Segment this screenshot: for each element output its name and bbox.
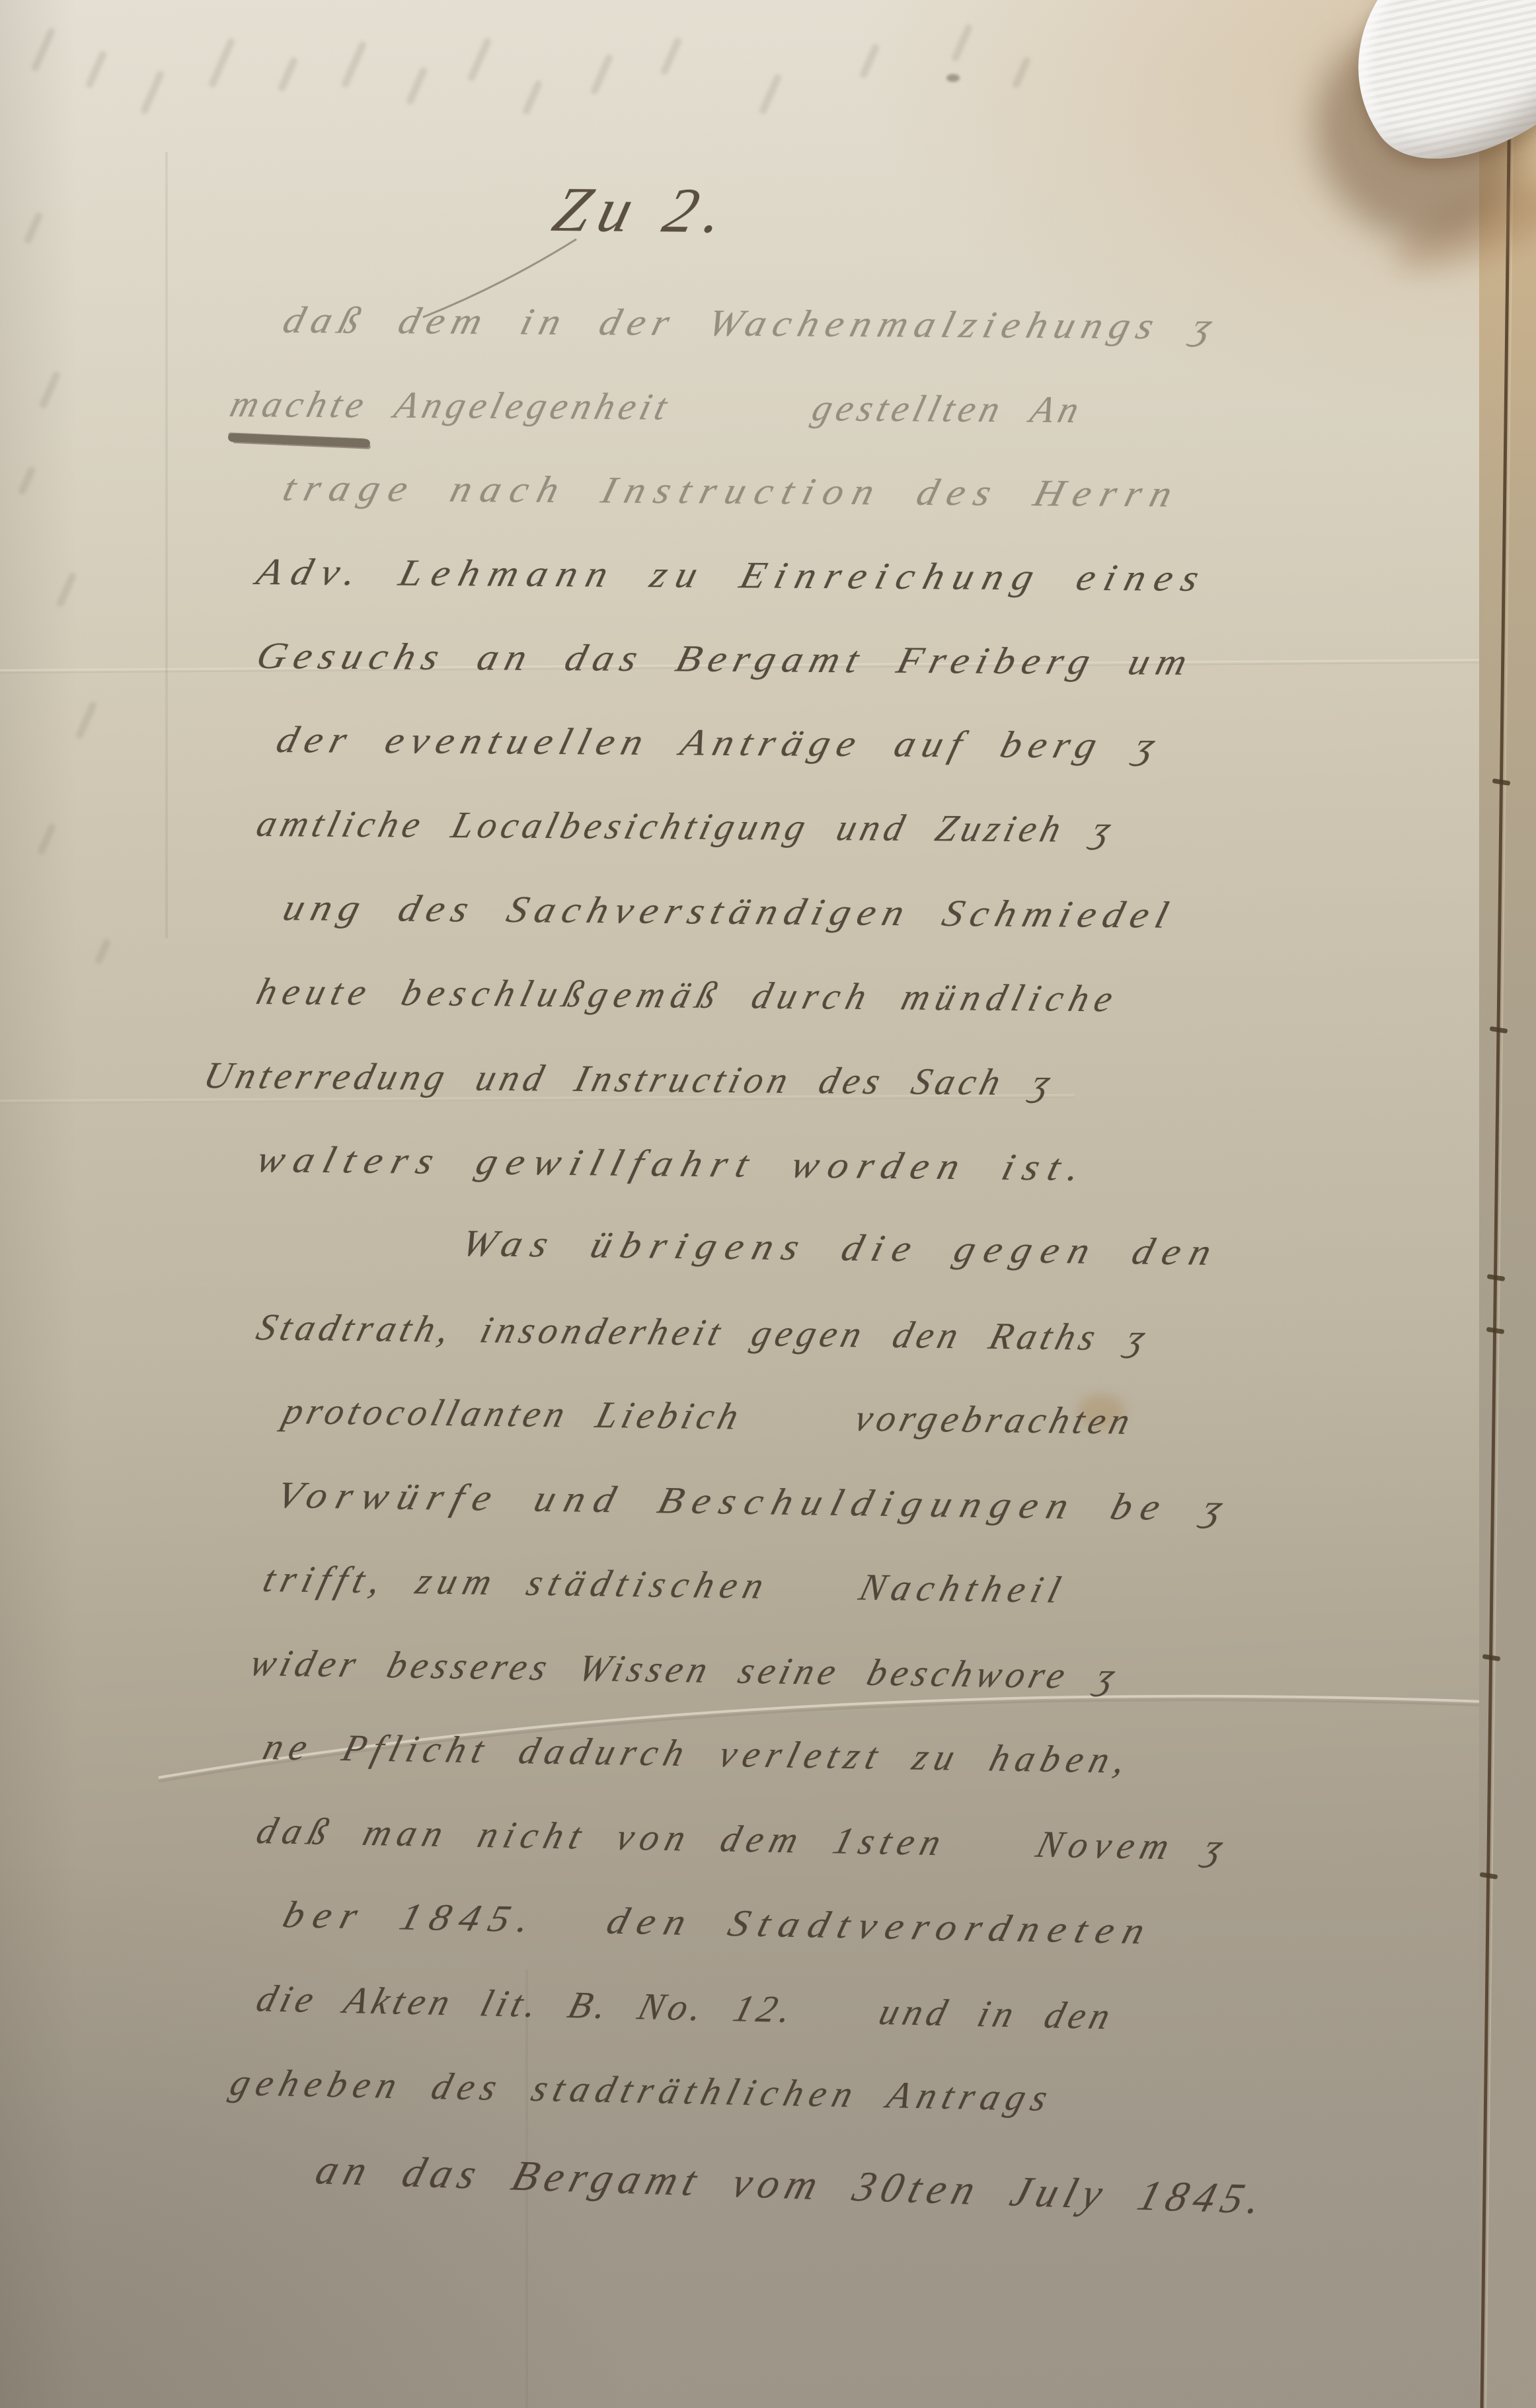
manuscript-line: Unterredung und Instruction des Sach ʒ (200, 1054, 1059, 1104)
bleed-through-stroke (56, 572, 77, 608)
manuscript-line: Vorwürfe und Beschuldigungen be ʒ (272, 1474, 1236, 1530)
bleed-through-stroke (950, 23, 973, 62)
bleed-through-stroke (23, 211, 43, 245)
bleed-through-stroke (85, 50, 107, 89)
fold-crease-line (0, 0, 1536, 2408)
ink-scribble (228, 433, 370, 447)
bleed-through-stroke (94, 938, 111, 965)
manuscript-line: protocollanten Liebich vorgebrachten (279, 1390, 1139, 1443)
bleed-through-stroke (521, 79, 543, 116)
manuscript-line: die Akten lit. B. No. 12. und in den (252, 1977, 1119, 2038)
manuscript-line: Gesuchs an das Bergamt Freiberg um (252, 634, 1199, 684)
bleed-through-stroke (859, 43, 880, 79)
bleed-through-stroke (139, 70, 165, 115)
bleed-through-stroke (208, 37, 236, 89)
manuscript-line: walters gewillfahrt worden ist. (252, 1138, 1094, 1189)
bleed-through-stroke (758, 73, 782, 116)
bleed-through-stroke (277, 56, 298, 93)
bleed-through-stroke (36, 823, 56, 856)
manuscript-line: heute beschlußgemäß durch mündliche (252, 970, 1124, 1020)
manuscript-line: daß dem in der Wachenmalziehungs ʒ (279, 299, 1224, 348)
manuscript-line: ne Pflicht dadurch verletzt zu haben, (258, 1725, 1137, 1782)
manuscript-line: wider besseres Wissen seine beschwore ʒ (245, 1641, 1124, 1698)
bleed-through-stroke (405, 66, 428, 105)
manuscript-line: trage nach Instruction des Herrn (279, 467, 1186, 515)
manuscript-line: an das Bergamt vom 30ten July 1845. (311, 2145, 1274, 2224)
curved-crease (0, 0, 1536, 2408)
manuscript-line: geheben des stadträthlichen Antrags (225, 2061, 1059, 2120)
bleed-through-stroke (1011, 56, 1031, 89)
bleed-through-stroke (590, 54, 613, 96)
bleed-through-stroke (38, 370, 61, 409)
bleed-through-stroke (340, 40, 367, 89)
bleed-through-stroke (75, 700, 97, 739)
manuscript-line: ung des Sachverständigen Schmiedel (279, 886, 1180, 937)
bleed-through-stroke (660, 36, 682, 75)
page-heading: Zu 2. (546, 172, 741, 247)
manuscript-line: ber 1845. den Stadtverordneten (278, 1893, 1159, 1953)
manuscript-line: amtliche Localbesichtigung und Zuzieh ʒ (252, 802, 1120, 851)
manuscript-page: Zu 2. daß dem in der Wachenmalziehungs ʒ… (0, 0, 1536, 2408)
bleed-through-stroke (467, 37, 492, 82)
manuscript-line: der eventuellen Anträge auf berg ʒ (272, 718, 1167, 767)
ink-speck (946, 74, 960, 82)
page-edge-strip (1479, 0, 1536, 2408)
bleed-through-stroke (17, 466, 36, 496)
bleed-through-stroke (30, 27, 56, 72)
manuscript-line: Adv. Lehmann zu Einreichung eines (252, 550, 1213, 600)
manuscript-line: Was übrigens die gegen den (457, 1222, 1225, 1274)
manuscript-line: daß man nicht von dem 1sten Novem ʒ (252, 1809, 1234, 1869)
vertical-crease (165, 152, 168, 938)
manuscript-line: trifft, zum städtischen Nachtheil (258, 1558, 1071, 1612)
manuscript-line: machte Angelegenheit gestellten An (226, 383, 1088, 432)
manuscript-line: Stadtrath, insonderheit gegen den Raths … (252, 1306, 1155, 1360)
paper-grain (0, 0, 1536, 2408)
